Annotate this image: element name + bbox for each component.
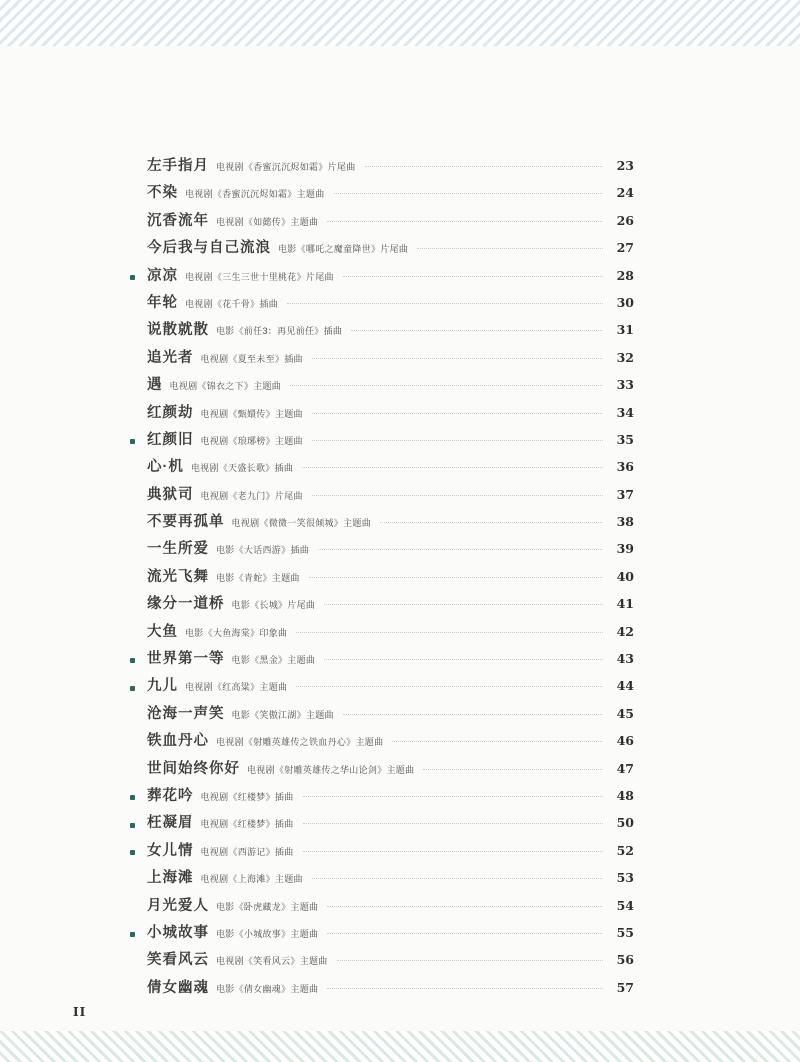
book-page: 左手指月电视剧《香蜜沉沉烬如霜》片尾曲23不染电视剧《香蜜沉沉烬如霜》主题曲24… (0, 0, 800, 1062)
entry-bullet-cell (128, 932, 147, 937)
song-source-annotation: 电视剧《如懿传》主题曲 (216, 215, 318, 228)
dotted-leader (365, 166, 603, 167)
toc-entry: 沧海一声笑电影《笑傲江湖》主题曲45 (128, 702, 634, 729)
song-title: 遇 (147, 373, 163, 394)
song-title: 笑看风云 (147, 948, 209, 969)
song-title: 葬花吟 (147, 784, 194, 805)
song-title: 世间始终你好 (147, 757, 240, 778)
song-source-annotation: 电视剧《夏至未至》插曲 (201, 352, 303, 365)
dotted-leader (312, 440, 603, 441)
entry-page-number: 52 (610, 843, 634, 858)
song-title: 大鱼 (147, 620, 178, 641)
toc-entry: 不要再孤单电视剧《微微一笑很倾城》主题曲38 (128, 510, 634, 537)
song-title: 不要再孤单 (147, 510, 225, 531)
song-title: 追光者 (147, 346, 194, 367)
entry-page-number: 54 (610, 898, 634, 913)
dotted-leader (343, 276, 603, 277)
dotted-leader (312, 358, 603, 359)
toc-entry: 世界第一等电影《黑金》主题曲43 (128, 647, 634, 674)
song-title: 说散就散 (147, 318, 209, 339)
dotted-leader (324, 659, 603, 660)
song-source-annotation: 电视剧《上海滩》主题曲 (201, 872, 303, 885)
toc-entry: 枉凝眉电视剧《红楼梦》插曲50 (128, 811, 634, 838)
toc-entry: 女儿情电视剧《西游记》插曲52 (128, 839, 634, 866)
entry-page-number: 31 (610, 322, 634, 337)
bullet-dot-icon (130, 439, 135, 444)
song-source-annotation: 电视剧《红楼梦》插曲 (201, 790, 294, 803)
toc-entry: 遇电视剧《锦衣之下》主题曲33 (128, 373, 634, 400)
bullet-dot-icon (130, 658, 135, 663)
bullet-dot-icon (130, 275, 135, 280)
toc-entry: 说散就散电影《前任3：再见前任》插曲31 (128, 318, 634, 345)
entry-page-number: 53 (610, 870, 634, 885)
song-source-annotation: 电视剧《甄嬛传》主题曲 (201, 407, 303, 420)
bullet-dot-icon (130, 850, 135, 855)
song-title: 凉凉 (147, 264, 178, 285)
toc-entry: 沉香流年电视剧《如懿传》主题曲26 (128, 209, 634, 236)
entry-page-number: 36 (610, 459, 634, 474)
song-source-annotation: 电视剧《琅琊榜》主题曲 (201, 434, 303, 447)
entry-bullet-cell (128, 439, 147, 444)
dotted-leader (392, 741, 603, 742)
toc-entry: 世间始终你好电视剧《射雕英雄传之华山论剑》主题曲47 (128, 757, 634, 784)
toc-entry: 倩女幽魂电影《倩女幽魂》主题曲57 (128, 976, 634, 1003)
table-of-contents: 左手指月电视剧《香蜜沉沉烬如霜》片尾曲23不染电视剧《香蜜沉沉烬如霜》主题曲24… (128, 154, 634, 1003)
bullet-dot-icon (130, 823, 135, 828)
dotted-leader (312, 413, 603, 414)
dotted-leader (318, 549, 603, 550)
entry-page-number: 50 (610, 815, 634, 830)
top-stripe-band (0, 0, 800, 46)
song-title: 红颜劫 (147, 401, 194, 422)
song-source-annotation: 电视剧《锦衣之下》主题曲 (170, 379, 282, 392)
toc-entry: 铁血丹心电视剧《射雕英雄传之铁血丹心》主题曲46 (128, 729, 634, 756)
dotted-leader (351, 330, 603, 331)
song-source-annotation: 电视剧《红楼梦》插曲 (201, 817, 294, 830)
dotted-leader (296, 686, 603, 687)
toc-entry: 葬花吟电视剧《红楼梦》插曲48 (128, 784, 634, 811)
song-source-annotation: 电影《前任3：再见前任》插曲 (216, 324, 342, 337)
song-source-annotation: 电影《小城故事》主题曲 (216, 927, 318, 940)
dotted-leader (417, 248, 603, 249)
entry-page-number: 45 (610, 706, 634, 721)
folio-page-number: II (73, 1005, 86, 1019)
bullet-dot-icon (130, 795, 135, 800)
entry-page-number: 30 (610, 295, 634, 310)
entry-page-number: 43 (610, 651, 634, 666)
toc-entry: 不染电视剧《香蜜沉沉烬如霜》主题曲24 (128, 181, 634, 208)
dotted-leader (327, 221, 603, 222)
song-title: 铁血丹心 (147, 729, 209, 750)
entry-page-number: 56 (610, 952, 634, 967)
song-source-annotation: 电视剧《射雕英雄传之铁血丹心》主题曲 (216, 735, 383, 748)
entry-page-number: 28 (610, 268, 634, 283)
song-source-annotation: 电影《大鱼海棠》印象曲 (185, 626, 287, 639)
song-source-annotation: 电视剧《射雕英雄传之华山论剑》主题曲 (247, 763, 414, 776)
song-title: 小城故事 (147, 921, 209, 942)
bullet-dot-icon (130, 932, 135, 937)
song-title: 枉凝眉 (147, 811, 194, 832)
song-title: 月光爱人 (147, 894, 209, 915)
entry-page-number: 34 (610, 405, 634, 420)
song-source-annotation: 电影《青蛇》主题曲 (216, 571, 300, 584)
song-title: 心·机 (147, 455, 184, 476)
song-title: 典狱司 (147, 483, 194, 504)
dotted-leader (380, 522, 603, 523)
dotted-leader (309, 577, 603, 578)
entry-page-number: 35 (610, 432, 634, 447)
dotted-leader (343, 714, 603, 715)
dotted-leader (327, 906, 603, 907)
song-source-annotation: 电影《倩女幽魂》主题曲 (216, 982, 318, 995)
song-title: 左手指月 (147, 154, 209, 175)
song-source-annotation: 电视剧《花千骨》插曲 (185, 297, 278, 310)
toc-entry: 大鱼电影《大鱼海棠》印象曲42 (128, 620, 634, 647)
song-title: 世界第一等 (147, 647, 225, 668)
bullet-dot-icon (130, 686, 135, 691)
toc-entry: 笑看风云电视剧《笑看风云》主题曲56 (128, 948, 634, 975)
song-source-annotation: 电视剧《红高粱》主题曲 (185, 680, 287, 693)
toc-entry: 流光飞舞电影《青蛇》主题曲40 (128, 565, 634, 592)
song-source-annotation: 电影《哪吒之魔童降世》片尾曲 (278, 242, 408, 255)
toc-entry: 左手指月电视剧《香蜜沉沉烬如霜》片尾曲23 (128, 154, 634, 181)
dotted-leader (334, 193, 603, 194)
song-source-annotation: 电视剧《西游记》插曲 (201, 845, 294, 858)
song-title: 倩女幽魂 (147, 976, 209, 997)
song-title: 上海滩 (147, 866, 194, 887)
dotted-leader (287, 303, 603, 304)
song-source-annotation: 电视剧《笑看风云》主题曲 (216, 954, 328, 967)
entry-page-number: 27 (610, 240, 634, 255)
dotted-leader (327, 933, 603, 934)
dotted-leader (303, 796, 603, 797)
dotted-leader (296, 632, 603, 633)
entry-page-number: 32 (610, 350, 634, 365)
entry-page-number: 41 (610, 596, 634, 611)
song-title: 今后我与自己流浪 (147, 236, 271, 257)
entry-page-number: 46 (610, 733, 634, 748)
entry-page-number: 40 (610, 569, 634, 584)
dotted-leader (312, 495, 603, 496)
toc-entry: 小城故事电影《小城故事》主题曲55 (128, 921, 634, 948)
song-source-annotation: 电影《长城》片尾曲 (232, 598, 316, 611)
song-title: 沉香流年 (147, 209, 209, 230)
song-title: 九儿 (147, 674, 178, 695)
dotted-leader (324, 604, 603, 605)
dotted-leader (423, 769, 603, 770)
toc-entry: 典狱司电视剧《老九门》片尾曲37 (128, 483, 634, 510)
dotted-leader (312, 878, 603, 879)
toc-entry: 凉凉电视剧《三生三世十里桃花》片尾曲28 (128, 264, 634, 291)
song-source-annotation: 电影《卧虎藏龙》主题曲 (216, 900, 318, 913)
toc-entry: 上海滩电视剧《上海滩》主题曲53 (128, 866, 634, 893)
entry-bullet-cell (128, 686, 147, 691)
entry-page-number: 57 (610, 980, 634, 995)
entry-page-number: 55 (610, 925, 634, 940)
dotted-leader (327, 988, 603, 989)
dotted-leader (290, 385, 603, 386)
toc-entry: 心·机电视剧《天盛长歌》插曲36 (128, 455, 634, 482)
toc-entry: 九儿电视剧《红高粱》主题曲44 (128, 674, 634, 701)
entry-bullet-cell (128, 850, 147, 855)
entry-page-number: 47 (610, 761, 634, 776)
entry-page-number: 39 (610, 541, 634, 556)
entry-page-number: 42 (610, 624, 634, 639)
song-source-annotation: 电影《笑傲江湖》主题曲 (232, 708, 334, 721)
song-title: 一生所爱 (147, 537, 209, 558)
song-title: 不染 (147, 181, 178, 202)
toc-entry: 追光者电视剧《夏至未至》插曲32 (128, 346, 634, 373)
song-source-annotation: 电视剧《香蜜沉沉烬如霜》主题曲 (185, 187, 325, 200)
entry-page-number: 38 (610, 514, 634, 529)
song-title: 缘分一道桥 (147, 592, 225, 613)
song-title: 红颜旧 (147, 428, 194, 449)
toc-entry: 年轮电视剧《花千骨》插曲30 (128, 291, 634, 318)
entry-page-number: 24 (610, 185, 634, 200)
entry-page-number: 37 (610, 487, 634, 502)
entry-page-number: 23 (610, 158, 634, 173)
song-title: 女儿情 (147, 839, 194, 860)
song-source-annotation: 电影《大话西游》插曲 (216, 543, 309, 556)
toc-entry: 今后我与自己流浪电影《哪吒之魔童降世》片尾曲27 (128, 236, 634, 263)
dotted-leader (337, 960, 603, 961)
song-source-annotation: 电视剧《天盛长歌》插曲 (191, 461, 293, 474)
toc-entry: 一生所爱电影《大话西游》插曲39 (128, 537, 634, 564)
entry-bullet-cell (128, 795, 147, 800)
bottom-stripe-band (0, 1031, 800, 1062)
toc-entry: 缘分一道桥电影《长城》片尾曲41 (128, 592, 634, 619)
song-source-annotation: 电视剧《老九门》片尾曲 (201, 489, 303, 502)
dotted-leader (302, 467, 603, 468)
entry-bullet-cell (128, 275, 147, 280)
entry-page-number: 26 (610, 213, 634, 228)
entry-page-number: 33 (610, 377, 634, 392)
song-title: 流光飞舞 (147, 565, 209, 586)
entry-page-number: 44 (610, 678, 634, 693)
song-source-annotation: 电视剧《三生三世十里桃花》片尾曲 (185, 270, 334, 283)
entry-bullet-cell (128, 823, 147, 828)
song-title: 年轮 (147, 291, 178, 312)
toc-entry: 红颜旧电视剧《琅琊榜》主题曲35 (128, 428, 634, 455)
song-source-annotation: 电影《黑金》主题曲 (232, 653, 316, 666)
dotted-leader (303, 851, 603, 852)
entry-page-number: 48 (610, 788, 634, 803)
song-title: 沧海一声笑 (147, 702, 225, 723)
entry-bullet-cell (128, 658, 147, 663)
song-source-annotation: 电视剧《微微一笑很倾城》主题曲 (232, 516, 372, 529)
song-source-annotation: 电视剧《香蜜沉沉烬如霜》片尾曲 (216, 160, 356, 173)
toc-entry: 月光爱人电影《卧虎藏龙》主题曲54 (128, 894, 634, 921)
dotted-leader (303, 823, 603, 824)
toc-entry: 红颜劫电视剧《甄嬛传》主题曲34 (128, 401, 634, 428)
